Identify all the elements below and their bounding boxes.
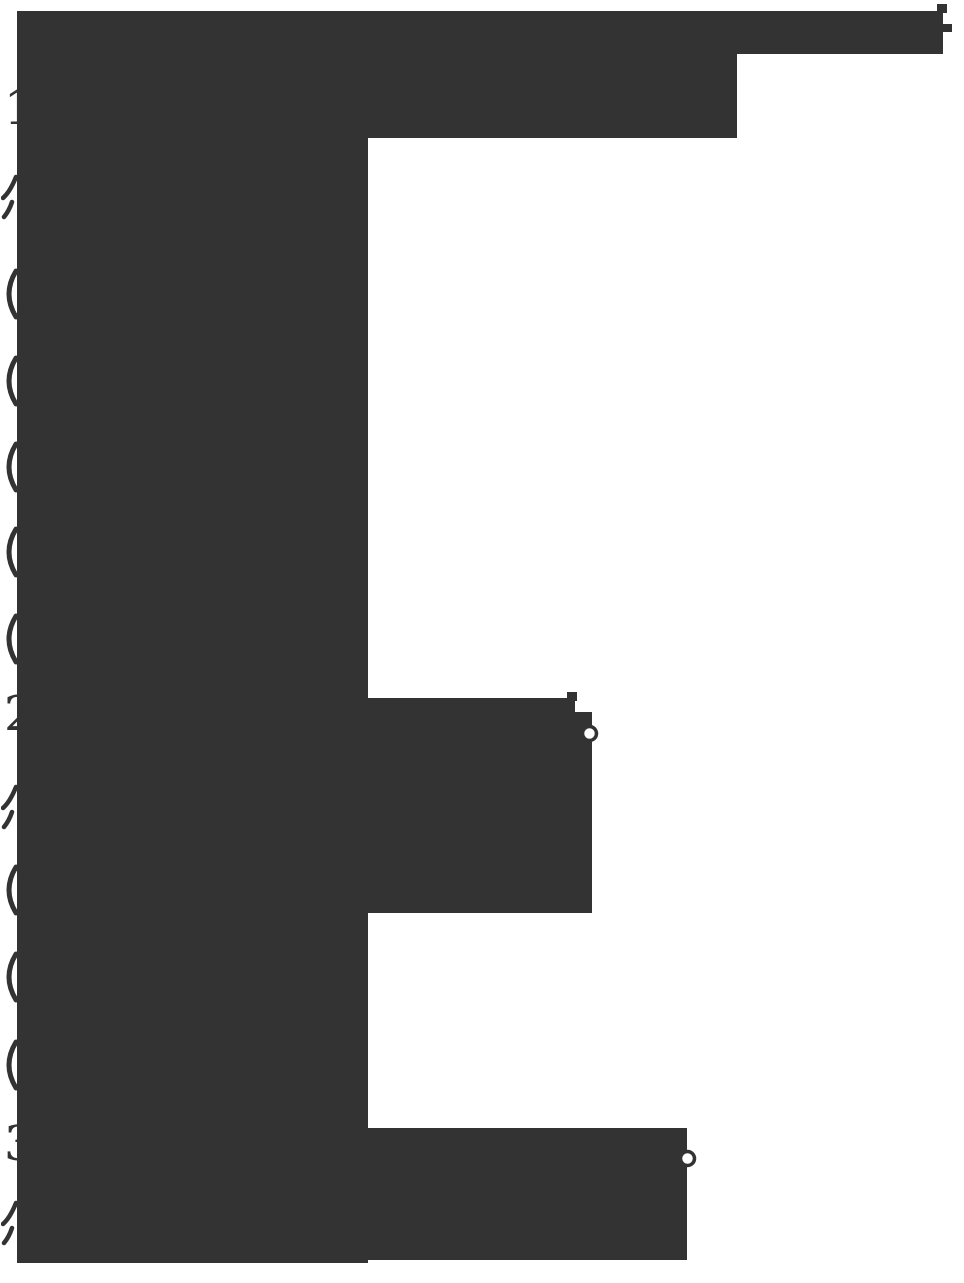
option-paren-fragment [2, 613, 18, 665]
cjk-character-stroke-fragment [1, 784, 18, 832]
period-circle-fragment [580, 724, 599, 743]
option-paren-fragment [2, 526, 18, 578]
option-paren-fragment [2, 864, 18, 916]
cjk-character-stroke-fragment [1, 174, 18, 222]
question1-stem-text-block [17, 53, 737, 138]
period-circle-fragment [678, 1149, 697, 1168]
option-paren-fragment [2, 441, 18, 493]
option-paren-fragment [2, 951, 18, 1003]
question1-number-fragment: 1. [4, 84, 50, 132]
header-line-end-fragment [943, 24, 952, 32]
header-text-line-block [17, 11, 943, 54]
option-paren-fragment [2, 1039, 18, 1091]
question2-number-fragment: 2. [4, 690, 50, 738]
option-paren-fragment [2, 355, 18, 407]
question2-stem-text-block [17, 712, 592, 913]
top-edge-text-fragment [937, 4, 947, 13]
cjk-character-stroke-fragment [1, 1200, 18, 1248]
option-paren-fragment [2, 268, 18, 320]
superscript-mark-fragment [567, 692, 577, 701]
question3-number-fragment: 3. [4, 1120, 50, 1168]
exam-document-page: 1. 2. 3. Pri [0, 0, 964, 1283]
question3-stem-text-block [17, 1128, 687, 1260]
